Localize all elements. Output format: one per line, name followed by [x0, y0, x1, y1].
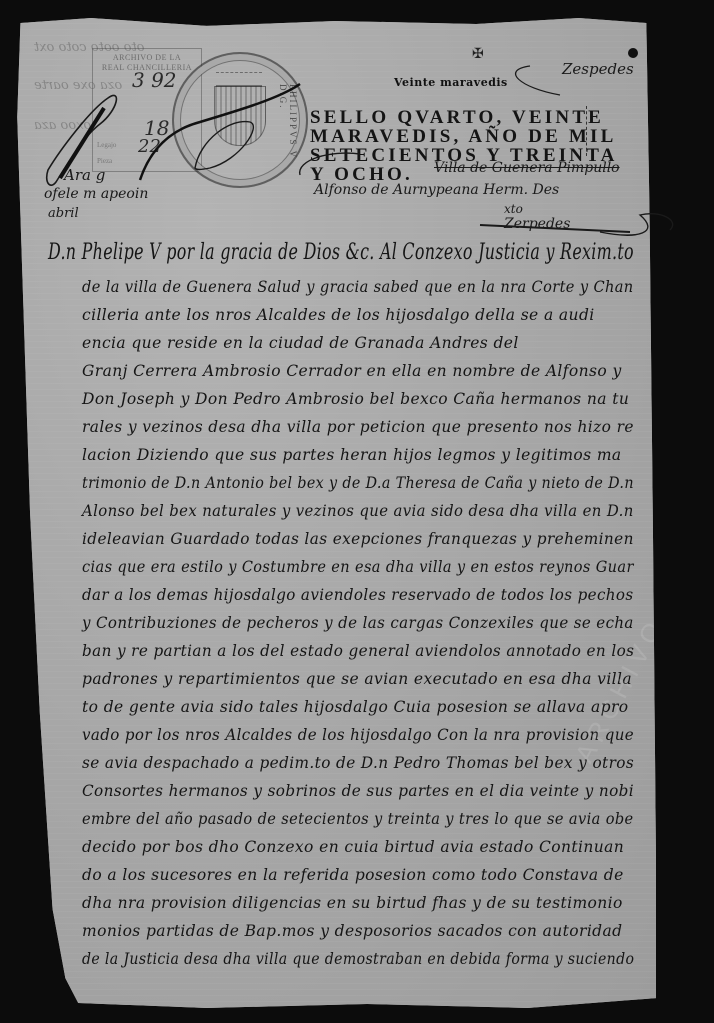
rubric-flourishes [0, 0, 714, 1023]
ink-blot [628, 48, 638, 58]
